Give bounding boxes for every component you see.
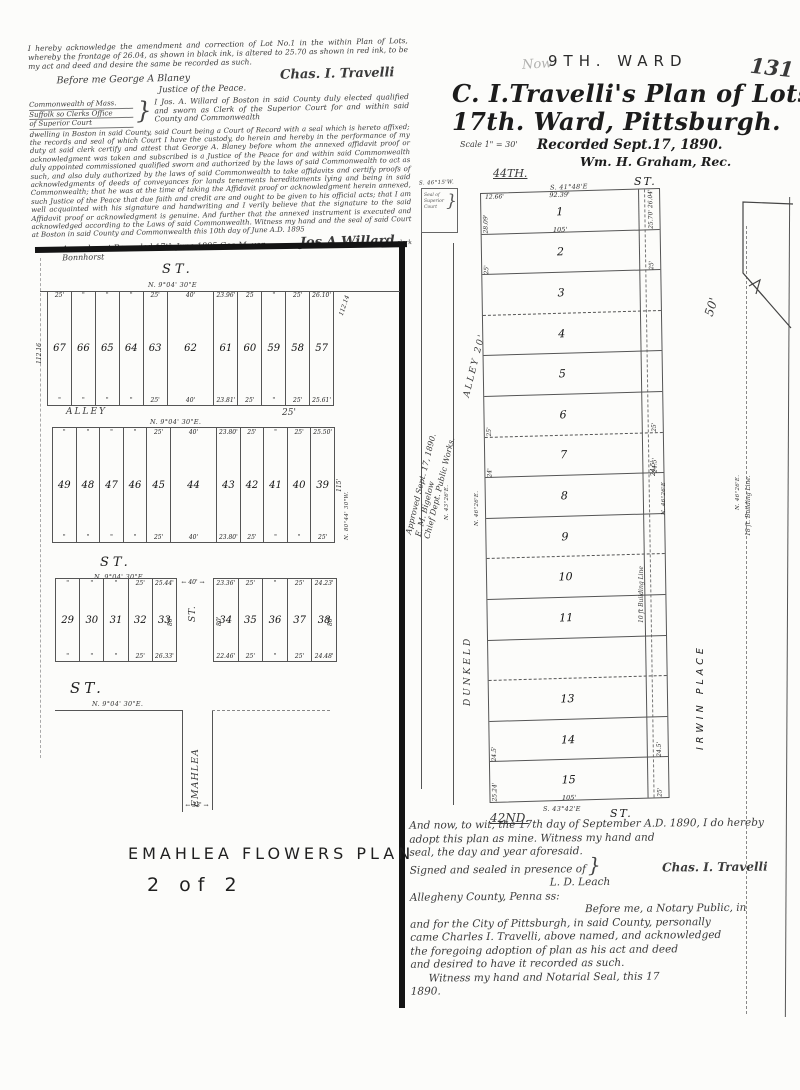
- lot-cell: " 31 ": [104, 579, 128, 661]
- alley-width: 25': [282, 408, 296, 418]
- emahlea-east-line: [212, 710, 213, 810]
- lot-front-dim: 25': [151, 291, 160, 299]
- lot-cell: 40' 44 40': [171, 428, 217, 542]
- lot-rear-dim: 22.46': [216, 653, 235, 661]
- lot-rear-dim: ": [82, 397, 85, 405]
- lot-east-dim: [661, 636, 662, 676]
- numbered-lot-row: 25.24' 15 25' 105': [490, 757, 669, 802]
- adoption-block: And now, to wit, the 17th day of Septemb…: [409, 816, 799, 999]
- east-bearing: N. 46°26'E.: [735, 450, 741, 510]
- lot-cell: " 30 ": [80, 579, 104, 661]
- lot-front-dim: 25': [295, 579, 304, 587]
- lot-number: 42: [246, 480, 259, 491]
- north-arrow: [736, 196, 794, 336]
- lot-rear-dim: ": [110, 534, 113, 542]
- lot-cell: 25' 35 25': [239, 579, 264, 661]
- lot-rear-dim: 25': [154, 534, 163, 542]
- lot-rear-dim: 25': [245, 397, 254, 405]
- lot-front-dim: 25': [55, 291, 64, 299]
- lot-cell: 26.10' 57 25.61': [310, 291, 333, 405]
- lot-number: 8: [486, 487, 643, 504]
- presence-brace: }: [588, 859, 601, 873]
- block3-depth-a: 80': [167, 606, 174, 626]
- lot-number: 29: [61, 615, 74, 626]
- lot-rear-dim: 25': [151, 397, 160, 405]
- lot-front-dim: 40': [189, 428, 198, 436]
- block3-depth-b: 80': [216, 606, 223, 626]
- lot-front-dim: ": [130, 291, 133, 299]
- lot-front-dim: 25': [293, 291, 302, 299]
- recorded-note: Recorded Sept.17, 1890.: [537, 137, 723, 153]
- lot-east-dim: 25': [656, 757, 664, 797]
- lot-rear-dim: 23.80': [219, 534, 238, 542]
- lot-rear-dim: 23.81': [216, 397, 235, 405]
- lot-rear-dim: ": [90, 653, 93, 661]
- lot-cell: 25' 63 25': [144, 291, 168, 405]
- lot-cell: 25 60 25': [238, 291, 262, 405]
- lot-rear-dim: 25': [293, 397, 302, 405]
- lot-front-dim: ": [272, 291, 275, 299]
- lot-east-dim: 25.70' 26.04': [647, 189, 655, 229]
- lot-number: 39: [316, 480, 329, 491]
- lot-cell: " 49 ": [53, 428, 77, 542]
- plan-title-line1: C. I.Travelli's Plan of Lots,: [452, 79, 800, 108]
- lot-number: 31: [110, 615, 123, 626]
- lot-rear-dim: ": [115, 653, 118, 661]
- lot-number: 59: [267, 343, 280, 354]
- lot-front-dim: 25': [294, 428, 303, 436]
- sheet-border-right: [399, 246, 405, 1008]
- lot-rear-dim: ": [130, 397, 133, 405]
- lot-number: 30: [85, 615, 98, 626]
- street-44th-label: 44TH.: [493, 167, 527, 180]
- lot-number: 46: [129, 480, 142, 491]
- lot-cell: " 29 ": [56, 579, 80, 661]
- affidavit-body: dwelling in Boston in said County, said …: [30, 123, 412, 240]
- lot-cell: " 36 ": [263, 579, 288, 661]
- numbered-lot-row: 25' 6 25': [484, 392, 663, 438]
- street-44th-st: ST.: [634, 175, 657, 188]
- lot-front-dim: 23.80': [219, 428, 238, 436]
- plan-caption-line2: 2 of 2: [147, 874, 244, 896]
- block1-right-dim: 112.14: [338, 294, 351, 316]
- travelli-signature-2: Chas. I. Travelli: [662, 860, 768, 874]
- lot-number: 44: [187, 480, 200, 491]
- lot-cell: 23.80' 43 23.80': [217, 428, 241, 542]
- numbered-lot-row: 13: [489, 676, 668, 722]
- lot-cell: 25' 42 25': [241, 428, 265, 542]
- lot-number: 3: [483, 284, 640, 301]
- lot-block-49-39: " 49 " " 48 " " 47 " " 46 " 25' 45 25' 4…: [52, 427, 335, 543]
- numbered-lot-row: 5: [484, 351, 663, 397]
- lot-east-dim: [659, 514, 660, 554]
- street1-bearing: N. 9°04' 30"E: [148, 281, 197, 289]
- lot-rear-dim: ": [272, 397, 275, 405]
- lot-number: 9: [486, 528, 643, 545]
- street3-line: [55, 710, 182, 711]
- lot-cell: 25' 37 25': [288, 579, 313, 661]
- lot-rear-dim: ": [106, 397, 109, 405]
- lot-number: 62: [184, 343, 197, 354]
- lot-cell: 40' 62 40': [168, 291, 215, 405]
- lot-number: 41: [269, 480, 282, 491]
- lot-front-dim: ": [66, 579, 69, 587]
- lot-cell: " 41 ": [264, 428, 288, 542]
- street1-label: ST.: [162, 262, 194, 277]
- lot-cell: 25' 58 25': [286, 291, 310, 405]
- block2-right-dim: 115': [336, 466, 343, 492]
- lot-rear-dim: ": [134, 534, 137, 542]
- lot-number: 32: [134, 615, 147, 626]
- gap-street-label: ST.: [188, 590, 198, 622]
- emahlea-width: 33': [176, 802, 218, 809]
- lot-rear-dim: 26.33': [155, 653, 174, 661]
- bearing-west-2: N. 46°26'E.: [474, 468, 480, 526]
- lot-number: 5: [484, 365, 641, 382]
- lot-rear-dim: ": [66, 653, 69, 661]
- building-line-18ft-label: 18 ft. Building Line.: [745, 436, 752, 536]
- lot-east-dim: [660, 595, 661, 635]
- page-number: 131: [749, 53, 795, 82]
- lot-east-dim: [658, 473, 659, 513]
- seal-brace: }: [446, 198, 457, 204]
- lot-front-dim: 23.96': [216, 291, 235, 299]
- lot-east-dim: 24.5': [655, 717, 663, 757]
- numbered-lot-row: 24' 7 24.5': [485, 433, 664, 479]
- lot-front-dim: 25': [246, 579, 255, 587]
- emahlea-street-name: EMAHLEA: [190, 732, 201, 807]
- travelli-signature: Chas. I. Travelli: [280, 65, 395, 82]
- lot-front-dim: 25.44': [155, 579, 174, 587]
- lot-rear-dim: 40': [189, 534, 198, 542]
- lot-front-dim: ": [82, 291, 85, 299]
- numbered-lot-row: 24.5' 14 24.5': [489, 717, 668, 763]
- lot-front-dim: 24.23': [315, 579, 334, 587]
- lot-rear-dim: ": [86, 534, 89, 542]
- superior-court-seal-stamp: Seal of Superior Court }: [421, 188, 458, 233]
- numbered-lot-row: 25' 2 25': [482, 230, 661, 276]
- lot-block-67-57: 25' 67 " " 66 " " 65 " " 64 " 25' 63 25'…: [47, 291, 334, 406]
- lot-number: 65: [101, 343, 114, 354]
- lot-number: 35: [244, 615, 257, 626]
- lot-east-dim: [660, 554, 661, 594]
- lot-number: 47: [105, 480, 118, 491]
- lot-number: 4: [483, 325, 640, 342]
- lot-cell: " 65 ": [96, 291, 120, 405]
- lot-rear-dim: 24.48': [315, 653, 334, 661]
- block2-right-bearing: N. 80°44' 30"W.: [344, 472, 350, 540]
- lot-rear-dim: 25': [318, 534, 327, 542]
- lot-rear-dim: 40': [186, 397, 195, 405]
- lot-front-dim: ": [90, 579, 93, 587]
- lot-front-dim: 25': [136, 579, 145, 587]
- lot-rear-dim: 25': [247, 534, 256, 542]
- lot-rear-dim: 25': [136, 653, 145, 661]
- alley-label: ALLEY: [66, 407, 107, 417]
- lot-front-dim: 40': [186, 291, 195, 299]
- lot-front-dim: ": [274, 428, 277, 436]
- lot-number: 66: [77, 343, 90, 354]
- lot-number: 36: [269, 615, 282, 626]
- lot-front-dim: ": [274, 579, 277, 587]
- lot-east-dim: [657, 352, 658, 392]
- lot-front-dim: 25.50': [313, 428, 332, 436]
- lot-number: 40: [293, 480, 306, 491]
- lot-east-dim: 25': [648, 230, 656, 270]
- lot-front-dim: ": [115, 579, 118, 587]
- building-line-bearing: N. 46°26'E: [661, 460, 667, 515]
- lot-number: 11: [488, 609, 645, 626]
- lot-number: 1: [481, 203, 638, 220]
- lot-front-dim: ": [110, 428, 113, 436]
- lot-number: 45: [152, 480, 165, 491]
- lot-number: [488, 656, 645, 660]
- plan-caption-line1: EMAHLEA FLOWERS PLAN: [128, 844, 414, 863]
- lot-cell: 23.96' 61 23.81': [214, 291, 238, 405]
- lot-front-dim: 23.36': [216, 579, 235, 587]
- lot-number: 48: [82, 480, 95, 491]
- lot-front-dim: 25': [154, 428, 163, 436]
- scale-note: Scale 1" = 30': [460, 140, 518, 149]
- gap-street-width: 40': [173, 579, 213, 586]
- street2-label: ST.: [100, 555, 132, 570]
- lot-top-dim: 92.39': [481, 189, 638, 201]
- lot-number: 58: [291, 343, 304, 354]
- numbered-lot-row: 4: [483, 311, 662, 357]
- lot-rear-dim: 25.61': [312, 397, 331, 405]
- lot-cell: " 64 ": [120, 291, 144, 405]
- lot-east-dim: [656, 311, 657, 351]
- bearing-west-1: N. 43°26'E.: [444, 462, 450, 520]
- lot-front-dim: ": [86, 428, 89, 436]
- lot-number: 37: [293, 615, 306, 626]
- lot-front-dim: 26.10': [312, 291, 331, 299]
- lot-cell: " 47 ": [100, 428, 124, 542]
- lot-number: 14: [490, 731, 647, 748]
- alley-bearing: N. 9°04' 30"E.: [150, 418, 201, 426]
- east-street-width: 50': [702, 296, 721, 318]
- brace-glyph: }: [136, 98, 152, 122]
- lot-number: 7: [485, 446, 642, 463]
- plan-title-line2: 17th. Ward, Pittsburgh.: [452, 107, 781, 136]
- numbered-lot-row: [488, 636, 667, 682]
- plat-sheet: I hereby acknowledge the amendment and c…: [0, 0, 800, 1090]
- irwin-place-name: IRWIN PLACE: [695, 620, 706, 750]
- emahlea-west-line: [182, 710, 183, 812]
- affidavit-block: I hereby acknowledge the amendment and c…: [28, 36, 412, 263]
- block3-depth-c: 80': [327, 606, 334, 626]
- dunkeld-street-name: DUNKELD: [463, 556, 473, 706]
- lot-number: 67: [53, 343, 66, 354]
- lot-number: 60: [243, 343, 256, 354]
- lot-number: 43: [222, 480, 235, 491]
- lot-front-dim: ": [134, 428, 137, 436]
- lot-bottom-dim: 105': [490, 791, 647, 803]
- lot-front-dim: ": [63, 428, 66, 436]
- lot-rear-dim: ": [63, 534, 66, 542]
- lot-number: 63: [149, 343, 162, 354]
- street3-label: ST.: [70, 679, 105, 697]
- numbered-lot-row: 3: [482, 270, 661, 316]
- willard-intro: I Jos. A. Willard of Boston in said Coun…: [154, 93, 409, 124]
- lot-number: 2: [482, 243, 639, 260]
- lot-cell: 25' 40 ": [288, 428, 312, 542]
- lot-cell: 25' 67 ": [48, 291, 72, 405]
- lot-cell: " 48 ": [77, 428, 101, 542]
- lot-cell: 25' 32 25': [129, 579, 153, 661]
- lot-front-dim: 25': [247, 428, 256, 436]
- lot-number: 61: [220, 343, 233, 354]
- building-line-dim: 24.5': [650, 450, 657, 476]
- lot-number: 57: [315, 343, 328, 354]
- ward-stamp: 9TH. WARD: [548, 52, 688, 70]
- lot-number: 64: [125, 343, 138, 354]
- numbered-lot-row: 12.66' 92.39' 28.09' 1 25.70' 26.04' 105…: [481, 189, 660, 235]
- lot-number: 6: [484, 406, 641, 423]
- lot-rear-dim: ": [274, 534, 277, 542]
- lot-front-dim: 25: [246, 291, 254, 299]
- street3-dashed-line: [212, 710, 330, 711]
- west-boundary-line-b: [453, 243, 454, 805]
- lot-rear-dim: 25': [295, 653, 304, 661]
- recorder-name: Wm. H. Graham, Rec.: [580, 154, 731, 169]
- lot-cell: " 66 ": [72, 291, 96, 405]
- lot-cell: 25.50' 39 25': [311, 428, 334, 542]
- lot-number: 13: [489, 690, 646, 707]
- lot-east-dim: 25': [650, 392, 658, 432]
- lot-number: 49: [58, 480, 71, 491]
- bottom-bearing: S. 43°42'E: [543, 805, 581, 813]
- lot-east-dim: [662, 676, 663, 716]
- lot-cell: " 46 ": [124, 428, 148, 542]
- lot-block-29-33: " 29 " " 30 " " 31 " 25' 32 25' 25.44' 3…: [55, 578, 177, 662]
- lot-number: 15: [490, 771, 647, 788]
- lot-rear-dim: ": [58, 397, 61, 405]
- lot-cell: 25' 45 25': [147, 428, 171, 542]
- lot-block-34-38: 23.36' 34 22.46' 25' 35 25' " 36 " 25' 3…: [213, 578, 337, 662]
- lot-cell: " 59 ": [262, 291, 286, 405]
- street3-bearing: N. 9°04' 30"E.: [92, 700, 143, 708]
- block1-left-dim: 112.16: [36, 312, 43, 364]
- lot-east-dim: [655, 270, 656, 310]
- lot-number: 10: [487, 568, 644, 585]
- lot-west-dim: [489, 640, 490, 680]
- lot-rear-dim: ": [298, 534, 301, 542]
- lot-front-dim: ": [106, 291, 109, 299]
- lot-rear-dim: 25': [246, 653, 255, 661]
- lot-rear-dim: ": [274, 653, 277, 661]
- building-line-10ft-label: 10 ft Building Line: [638, 468, 645, 623]
- seal-bearing: S. 46°15'W.: [419, 179, 454, 186]
